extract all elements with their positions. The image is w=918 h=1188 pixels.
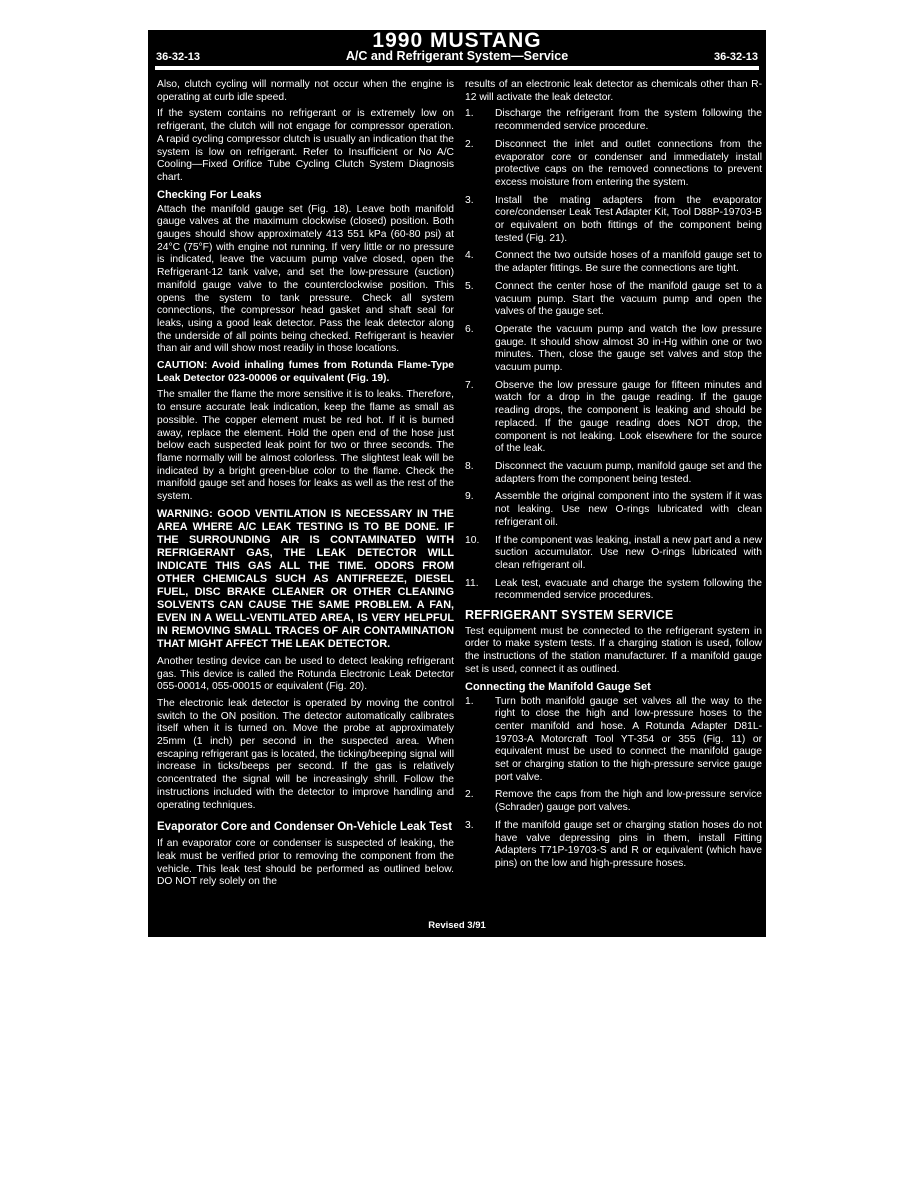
list-item-text: Leak test, evacuate and charge the syste… bbox=[495, 578, 762, 603]
warning-text: WARNING: GOOD VENTILATION IS NECESSARY I… bbox=[157, 508, 454, 651]
list-item-text: If the component was leaking, install a … bbox=[495, 535, 762, 573]
list-item: 5. Connect the center hose of the manifo… bbox=[465, 281, 762, 319]
list-item: 3. If the manifold gauge set or charging… bbox=[465, 820, 762, 871]
list-item: 1. Discharge the refrigerant from the sy… bbox=[465, 108, 762, 133]
paragraph: Attach the manifold gauge set (Fig. 18).… bbox=[157, 204, 454, 356]
list-item-number: 3. bbox=[465, 820, 495, 871]
document-page: 1990 MUSTANG 36-32-13 A/C and Refrigeran… bbox=[148, 30, 766, 937]
list-item-text: Disconnect the inlet and outlet connecti… bbox=[495, 139, 762, 190]
list-item-text: Connect the two outside hoses of a manif… bbox=[495, 250, 762, 275]
list-item-number: 2. bbox=[465, 139, 495, 190]
list-item: 10. If the component was leaking, instal… bbox=[465, 535, 762, 573]
list-item: 3. Install the mating adapters from the … bbox=[465, 195, 762, 246]
paragraph: The electronic leak detector is operated… bbox=[157, 698, 454, 812]
list-item-text: Operate the vacuum pump and watch the lo… bbox=[495, 324, 762, 375]
list-item: 11. Leak test, evacuate and charge the s… bbox=[465, 578, 762, 603]
list-item-number: 1. bbox=[465, 108, 495, 133]
revised-note: Revised 3/91 bbox=[148, 920, 766, 937]
list-item: 9. Assemble the original component into … bbox=[465, 491, 762, 529]
list-item-text: Discharge the refrigerant from the syste… bbox=[495, 108, 762, 133]
left-column: Also, clutch cycling will normally not o… bbox=[157, 79, 454, 920]
paragraph: The smaller the flame the more sensitive… bbox=[157, 389, 454, 503]
list-item-text: Disconnect the vacuum pump, manifold gau… bbox=[495, 461, 762, 486]
page-code-left: 36-32-13 bbox=[156, 51, 246, 63]
list-item-number: 9. bbox=[465, 491, 495, 529]
list-item-text: Turn both manifold gauge set valves all … bbox=[495, 696, 762, 785]
list-item-text: Remove the caps from the high and low-pr… bbox=[495, 789, 762, 814]
list-item-number: 10. bbox=[465, 535, 495, 573]
section-heading-connecting-manifold-gauge-set: Connecting the Manifold Gauge Set bbox=[465, 681, 762, 694]
page-subtitle: A/C and Refrigerant System—Service bbox=[246, 49, 668, 63]
list-item-number: 7. bbox=[465, 380, 495, 456]
list-item: 4. Connect the two outside hoses of a ma… bbox=[465, 250, 762, 275]
paragraph: Also, clutch cycling will normally not o… bbox=[157, 79, 454, 104]
list-item-number: 3. bbox=[465, 195, 495, 246]
paragraph: If the system contains no refrigerant or… bbox=[157, 108, 454, 184]
list-item: 7. Observe the low pressure gauge for fi… bbox=[465, 380, 762, 456]
list-item-number: 6. bbox=[465, 324, 495, 375]
list-item-text: Connect the center hose of the manifold … bbox=[495, 281, 762, 319]
list-item-number: 8. bbox=[465, 461, 495, 486]
section-heading-refrigerant-system-service: REFRIGERANT SYSTEM SERVICE bbox=[465, 609, 762, 622]
list-item-text: Install the mating adapters from the eva… bbox=[495, 195, 762, 246]
caution-text: CAUTION: Avoid inhaling fumes from Rotun… bbox=[157, 360, 454, 385]
page-header: 1990 MUSTANG 36-32-13 A/C and Refrigeran… bbox=[148, 30, 766, 70]
list-item: 8. Disconnect the vacuum pump, manifold … bbox=[465, 461, 762, 486]
page-code-right: 36-32-13 bbox=[668, 51, 758, 63]
list-item-number: 2. bbox=[465, 789, 495, 814]
page-title: 1990 MUSTANG bbox=[148, 31, 766, 51]
list-item-number: 11. bbox=[465, 578, 495, 603]
list-item-number: 5. bbox=[465, 281, 495, 319]
list-item-text: Assemble the original component into the… bbox=[495, 491, 762, 529]
right-column: results of an electronic leak detector a… bbox=[465, 79, 762, 920]
paragraph: If an evaporator core or condenser is su… bbox=[157, 838, 454, 889]
paragraph: Test equipment must be connected to the … bbox=[465, 626, 762, 677]
two-column-body: Also, clutch cycling will normally not o… bbox=[148, 70, 766, 920]
list-item-number: 4. bbox=[465, 250, 495, 275]
paragraph: results of an electronic leak detector a… bbox=[465, 79, 762, 104]
paragraph: Another testing device can be used to de… bbox=[157, 656, 454, 694]
list-item: 1. Turn both manifold gauge set valves a… bbox=[465, 696, 762, 785]
list-item: 6. Operate the vacuum pump and watch the… bbox=[465, 324, 762, 375]
section-heading-checking-for-leaks: Checking For Leaks bbox=[157, 189, 454, 202]
list-item-text: If the manifold gauge set or charging st… bbox=[495, 820, 762, 871]
list-item-text: Observe the low pressure gauge for fifte… bbox=[495, 380, 762, 456]
list-item: 2. Disconnect the inlet and outlet conne… bbox=[465, 139, 762, 190]
list-item-number: 1. bbox=[465, 696, 495, 785]
section-heading-evaporator-leak-test: Evaporator Core and Condenser On-Vehicle… bbox=[157, 820, 454, 834]
list-item: 2. Remove the caps from the high and low… bbox=[465, 789, 762, 814]
header-row: 36-32-13 A/C and Refrigerant System—Serv… bbox=[148, 49, 766, 63]
